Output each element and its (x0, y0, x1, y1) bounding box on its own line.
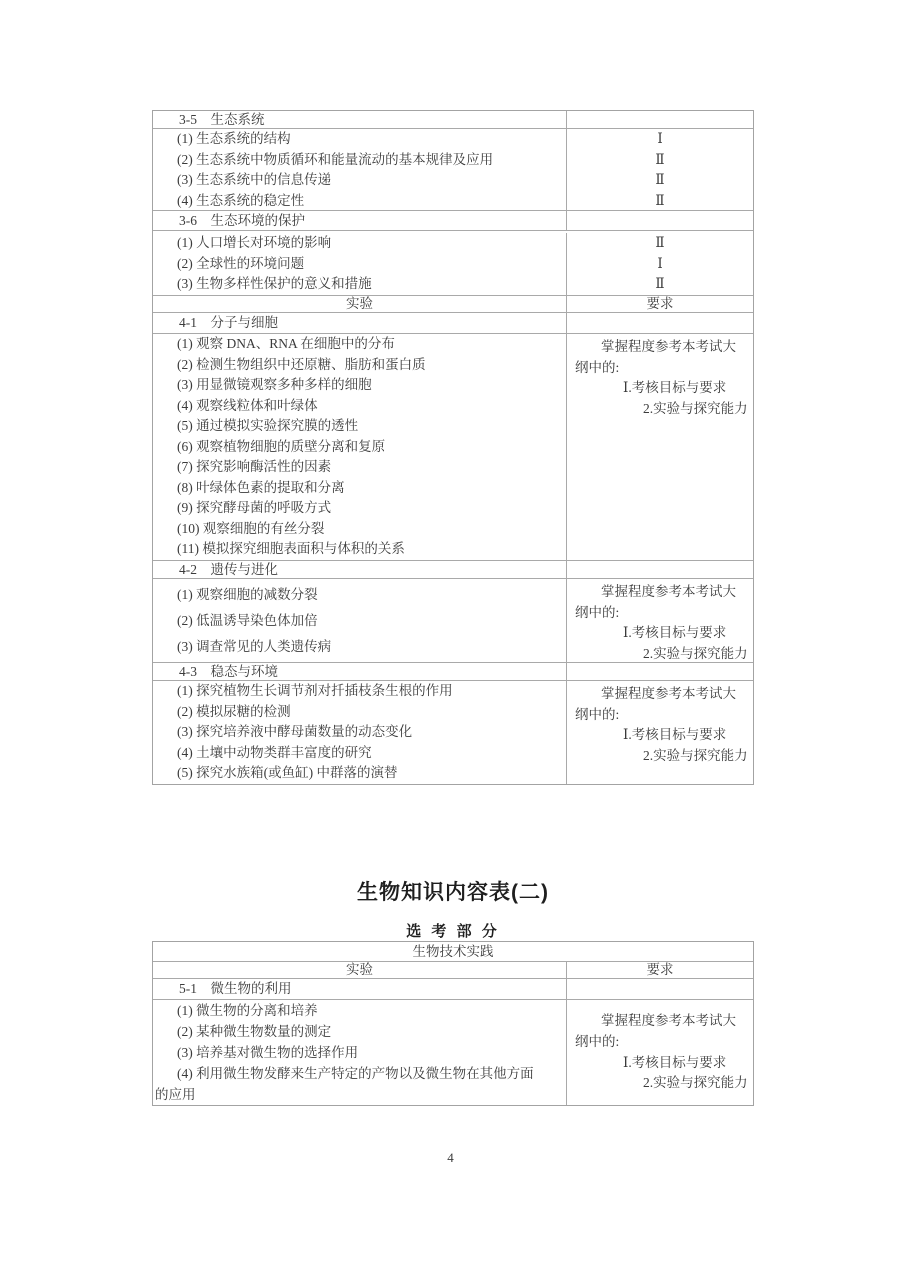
item-line: (4) 土壤中动物类群丰富度的研究 (153, 743, 566, 764)
experiment-cell: (1) 微生物的分离和培养 (2) 某种微生物数量的测定 (3) 培养基对微生物… (153, 1000, 567, 1105)
req-line: 掌握程度参考本考试大 (567, 1011, 753, 1032)
item-line: (9) 探究酵母菌的呼吸方式 (153, 498, 566, 519)
document-page: 3-5 生态系统 (1) 生态系统的结构 (2) 生态系统中物质循环和能量流动的… (0, 0, 901, 1275)
grade-value: Ⅱ (567, 170, 753, 191)
item-line: (7) 探究影响酶活性的因素 (153, 457, 566, 478)
section-title: 3-5 生态系统 (153, 111, 567, 128)
req-line: Ⅰ.考核目标与要求 (567, 725, 753, 746)
experiment-cell: (1) 观察细胞的减数分裂 (2) 低温诱导染色体加倍 (3) 调查常见的人类遗… (153, 579, 567, 662)
requirement-header: 要求 (567, 962, 753, 978)
items-row-4-2: (1) 观察细胞的减数分裂 (2) 低温诱导染色体加倍 (3) 调查常见的人类遗… (153, 579, 753, 663)
empty-cell (567, 663, 753, 680)
grade-value: Ⅱ (567, 150, 753, 171)
item-line: (1) 人口增长对环境的影响 (153, 233, 566, 254)
section-row-4-1: 4-1 分子与细胞 (153, 313, 753, 334)
requirement-cell: Ⅰ Ⅱ Ⅱ Ⅱ (567, 129, 753, 210)
requirement-cell: 掌握程度参考本考试大 纲中的: Ⅰ.考核目标与要求 2.实验与探究能力 (567, 579, 753, 662)
requirement-cell: 掌握程度参考本考试大 纲中的: Ⅰ.考核目标与要求 2.实验与探究能力 (567, 681, 753, 784)
section-title: 5-1 微生物的利用 (153, 979, 567, 999)
experiment-header: 实验 (153, 296, 567, 312)
empty-cell (567, 211, 753, 230)
item-line: (4) 观察线粒体和叶绿体 (153, 396, 566, 417)
req-line: 2.实验与探究能力 (567, 399, 753, 420)
section-row-4-2: 4-2 遗传与进化 (153, 561, 753, 579)
item-line: (3) 培养基对微生物的选择作用 (153, 1042, 566, 1063)
section-row-4-3: 4-3 稳态与环境 (153, 663, 753, 681)
item-line: (2) 生态系统中物质循环和能量流动的基本规律及应用 (153, 150, 566, 171)
grade-value: Ⅱ (567, 274, 753, 295)
requirement-cell: 掌握程度参考本考试大 纲中的: Ⅰ.考核目标与要求 2.实验与探究能力 (567, 334, 753, 560)
experiment-cell: (1) 人口增长对环境的影响 (2) 全球性的环境问题 (3) 生物多样性保护的… (153, 233, 567, 295)
section-title: 3-6 生态环境的保护 (153, 211, 567, 230)
item-line: (2) 检测生物组织中还原糖、脂肪和蛋白质 (153, 355, 566, 376)
req-line: 2.实验与探究能力 (567, 746, 753, 767)
item-line: (3) 生态系统中的信息传递 (153, 170, 566, 191)
item-line: (11) 模拟探究细胞表面积与体积的关系 (153, 539, 566, 560)
experiment-cell: (1) 生态系统的结构 (2) 生态系统中物质循环和能量流动的基本规律及应用 (… (153, 129, 567, 210)
item-wrap-line: 的应用 (153, 1084, 566, 1105)
page-number: 4 (0, 1150, 901, 1166)
section-title: 4-3 稳态与环境 (153, 663, 567, 680)
span-header: 生物技术实践 (153, 942, 753, 961)
table2-title: 生物知识内容表(二) (152, 876, 754, 906)
items-row-3-5: (1) 生态系统的结构 (2) 生态系统中物质循环和能量流动的基本规律及应用 (… (153, 129, 753, 211)
experiment-cell: (1) 探究植物生长调节剂对扦插枝条生根的作用 (2) 模拟尿糖的检测 (3) … (153, 681, 567, 784)
item-line: (2) 低温诱导染色体加倍 (153, 608, 566, 634)
items-row-3-6: (1) 人口增长对环境的影响 (2) 全球性的环境问题 (3) 生物多样性保护的… (153, 231, 753, 296)
section-row-3-5: 3-5 生态系统 (153, 111, 753, 129)
table2-subtitle: 选 考 部 分 (152, 920, 754, 941)
items-row-4-3: (1) 探究植物生长调节剂对扦插枝条生根的作用 (2) 模拟尿糖的检测 (3) … (153, 681, 753, 784)
req-line: 2.实验与探究能力 (567, 1073, 753, 1094)
content-table-1: 3-5 生态系统 (1) 生态系统的结构 (2) 生态系统中物质循环和能量流动的… (152, 110, 754, 785)
grade-value: Ⅱ (567, 191, 753, 212)
item-line: (1) 生态系统的结构 (153, 129, 566, 150)
requirement-header: 要求 (567, 296, 753, 312)
req-line: 掌握程度参考本考试大 (567, 337, 753, 358)
item-line: (2) 某种微生物数量的测定 (153, 1021, 566, 1042)
items-row-4-1: (1) 观察 DNA、RNA 在细胞中的分布 (2) 检测生物组织中还原糖、脂肪… (153, 334, 753, 561)
item-line: (3) 调查常见的人类遗传病 (153, 634, 566, 660)
empty-cell (567, 111, 753, 128)
section-title: 4-2 遗传与进化 (153, 561, 567, 578)
grade-value: Ⅱ (567, 233, 753, 254)
column-header-row: 实验 要求 (153, 296, 753, 313)
item-line: (3) 用显微镜观察多种多样的细胞 (153, 375, 566, 396)
section-row-3-6: 3-6 生态环境的保护 (153, 211, 753, 231)
content-table-2: 生物技术实践 实验 要求 5-1 微生物的利用 (1) 微生物的分离和培养 (2… (152, 941, 754, 1106)
grade-value: Ⅰ (567, 254, 753, 275)
span-header-row: 生物技术实践 (153, 942, 753, 962)
experiment-cell: (1) 观察 DNA、RNA 在细胞中的分布 (2) 检测生物组织中还原糖、脂肪… (153, 334, 567, 560)
req-line: 纲中的: (567, 603, 753, 624)
experiment-header: 实验 (153, 962, 567, 978)
empty-cell (567, 561, 753, 578)
item-line: (1) 观察细胞的减数分裂 (153, 582, 566, 608)
item-line: (2) 全球性的环境问题 (153, 254, 566, 275)
req-line: Ⅰ.考核目标与要求 (567, 1053, 753, 1074)
grade-value: Ⅰ (567, 129, 753, 150)
column-header-row: 实验 要求 (153, 962, 753, 979)
item-line: (6) 观察植物细胞的质壁分离和复原 (153, 437, 566, 458)
requirement-cell: 掌握程度参考本考试大 纲中的: Ⅰ.考核目标与要求 2.实验与探究能力 (567, 1000, 753, 1105)
req-line: 掌握程度参考本考试大 (567, 684, 753, 705)
req-line: 掌握程度参考本考试大 (567, 582, 753, 603)
item-line: (4) 利用微生物发酵来生产特定的产物以及微生物在其他方面 (153, 1063, 566, 1084)
item-line: (3) 生物多样性保护的意义和措施 (153, 274, 566, 295)
section-row-5-1: 5-1 微生物的利用 (153, 979, 753, 1000)
item-line: (1) 微生物的分离和培养 (153, 1000, 566, 1021)
empty-cell (567, 979, 753, 999)
item-line: (5) 通过模拟实验探究膜的透性 (153, 416, 566, 437)
req-line: Ⅰ.考核目标与要求 (567, 623, 753, 644)
item-line: (4) 生态系统的稳定性 (153, 191, 566, 212)
item-line: (10) 观察细胞的有丝分裂 (153, 519, 566, 540)
item-line: (5) 探究水族箱(或鱼缸) 中群落的演替 (153, 763, 566, 784)
item-line: (1) 探究植物生长调节剂对扦插枝条生根的作用 (153, 681, 566, 702)
items-row-5-1: (1) 微生物的分离和培养 (2) 某种微生物数量的测定 (3) 培养基对微生物… (153, 1000, 753, 1105)
req-line: 纲中的: (567, 705, 753, 726)
item-line: (3) 探究培养液中酵母菌数量的动态变化 (153, 722, 566, 743)
section-title: 4-1 分子与细胞 (153, 313, 567, 333)
req-line: Ⅰ.考核目标与要求 (567, 378, 753, 399)
req-line: 纲中的: (567, 1032, 753, 1053)
req-line: 2.实验与探究能力 (567, 644, 753, 665)
requirement-cell: Ⅱ Ⅰ Ⅱ (567, 233, 753, 295)
item-line: (2) 模拟尿糖的检测 (153, 702, 566, 723)
item-line: (8) 叶绿体色素的提取和分离 (153, 478, 566, 499)
empty-cell (567, 313, 753, 333)
item-line: (1) 观察 DNA、RNA 在细胞中的分布 (153, 334, 566, 355)
req-line: 纲中的: (567, 358, 753, 379)
